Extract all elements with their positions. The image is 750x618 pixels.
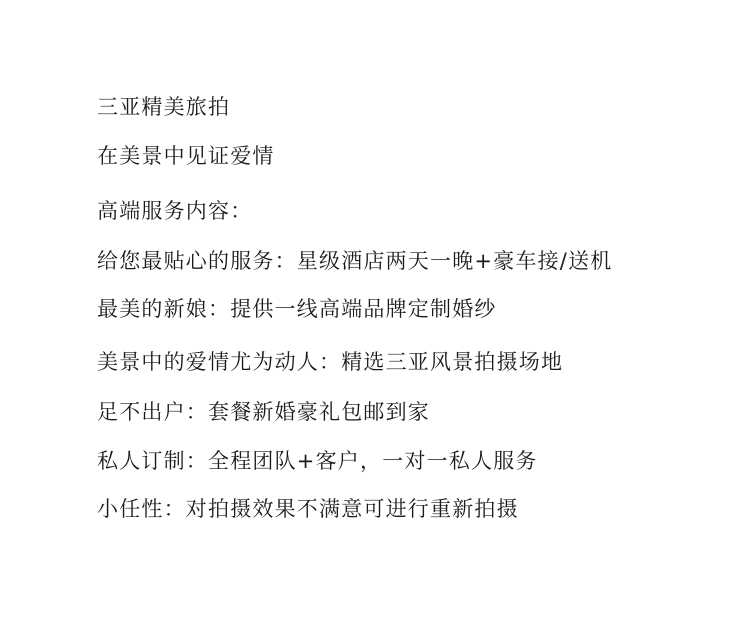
service-item: 小任性：对拍摄效果不满意可进行重新拍摄: [97, 496, 519, 522]
page-title: 三亚精美旅拍: [97, 94, 230, 120]
page-subtitle: 在美景中见证爱情: [97, 143, 275, 169]
service-item: 足不出户：套餐新婚豪礼包邮到家: [97, 399, 430, 425]
service-item: 美景中的爱情尤为动人：精选三亚风景拍摄场地: [97, 349, 563, 375]
services-heading: 高端服务内容：: [97, 198, 252, 224]
service-item: 私人订制：全程团队+客户，一对一私人服务: [97, 448, 538, 474]
service-item: 最美的新娘：提供一线高端品牌定制婚纱: [97, 296, 497, 322]
service-item: 给您最贴心的服务：星级酒店两天一晚+豪车接/送机: [97, 248, 612, 274]
